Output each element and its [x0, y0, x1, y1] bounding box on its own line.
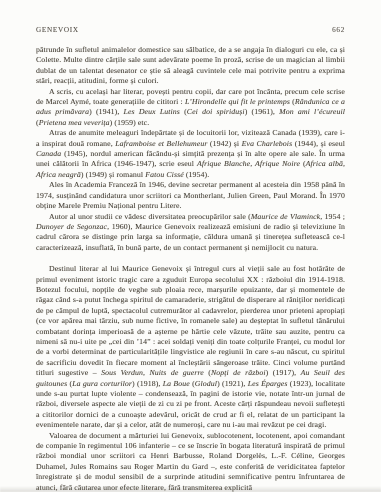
text-run: ) (1941),: [89, 107, 123, 116]
paragraph: Atras de anumite meleaguri îndepărtate ș…: [36, 128, 345, 180]
text-run: (: [204, 368, 211, 377]
text-run: ) (1918),: [132, 379, 163, 388]
text-run: (: [180, 107, 187, 116]
title-italic-run: Prietena mea veverița: [39, 118, 110, 127]
text-run: (1942) și: [207, 139, 241, 148]
title-italic-run: La gura corturilor: [72, 379, 132, 388]
text-run: Ales în Academia Franceză în 1946, devin…: [36, 180, 345, 210]
text-run: (1954).: [184, 170, 210, 179]
paragraph: A scris, cu același har literar, povești…: [36, 87, 345, 129]
title-italic-run: Sous Verdun: [101, 368, 143, 377]
text-run: ) (1917),: [266, 368, 301, 377]
text-run: (1944), și eseul: [292, 139, 345, 148]
title-italic-run: Fatou Cissé: [145, 170, 184, 179]
title-italic-run: La Boue: [163, 379, 190, 388]
text-run: ) (1961),: [245, 107, 279, 116]
paragraph: Ales în Academia Franceză în 1946, devin…: [36, 180, 345, 211]
title-italic-run: Mon ami l’écureuil: [279, 107, 345, 116]
text-run: Autor al unor studii ce vădesc diversita…: [49, 212, 251, 221]
title-italic-run: Laframboise et Bellehumeur: [115, 139, 207, 148]
title-italic-run: Nopți de război: [211, 368, 266, 377]
paragraph: Destinul literar al lui Maurice Genevoix…: [36, 264, 345, 431]
title-italic-run: Dunoyer de Segonzac: [36, 222, 107, 231]
title-italic-run: Afrique Blanche, Afrique Noire: [197, 159, 300, 168]
title-italic-run: Nuits de guerre: [149, 368, 203, 377]
title-italic-run: L’Hirondelle qui fit le printemps: [185, 97, 290, 106]
text-run: , 1954 ;: [320, 212, 345, 221]
title-italic-run: Les Éparges: [248, 379, 288, 388]
title-italic-run: Eva Charlebois: [242, 139, 293, 148]
text-run: Valoarea de document a mărturiei lui Gen…: [36, 431, 345, 492]
title-italic-run: Maurice de Vlaminck: [251, 212, 320, 221]
text-run: ) (1959) etc.: [110, 118, 150, 127]
running-head: GENEVOIX: [36, 26, 79, 34]
text-run: Destinul literar al lui Maurice Genevoix…: [36, 264, 345, 377]
page-body: pătrunde în sufletul animalelor domestic…: [36, 45, 345, 492]
page-header: GENEVOIX 662: [36, 26, 345, 34]
paragraph: Valoarea de document a mărturiei lui Gen…: [36, 431, 345, 492]
title-italic-run: Glodul: [195, 379, 217, 388]
book-page: GENEVOIX 662 pătrunde în sufletul animal…: [0, 0, 381, 492]
paragraph: pătrunde în sufletul animalelor domestic…: [36, 45, 345, 87]
page-number: 662: [332, 26, 345, 34]
title-italic-run: Cei doi spiriduși: [187, 107, 245, 116]
text-run: ) (1921),: [217, 379, 248, 388]
text-run: ) (1949) și romanul: [81, 170, 145, 179]
title-italic-run: Canada: [36, 149, 61, 158]
text-run: pătrunde în sufletul animalelor domestic…: [36, 45, 345, 85]
title-italic-run: Les Deux Lutins: [124, 107, 180, 116]
paragraph: Autor al unor studii ce vădesc diversita…: [36, 212, 345, 254]
